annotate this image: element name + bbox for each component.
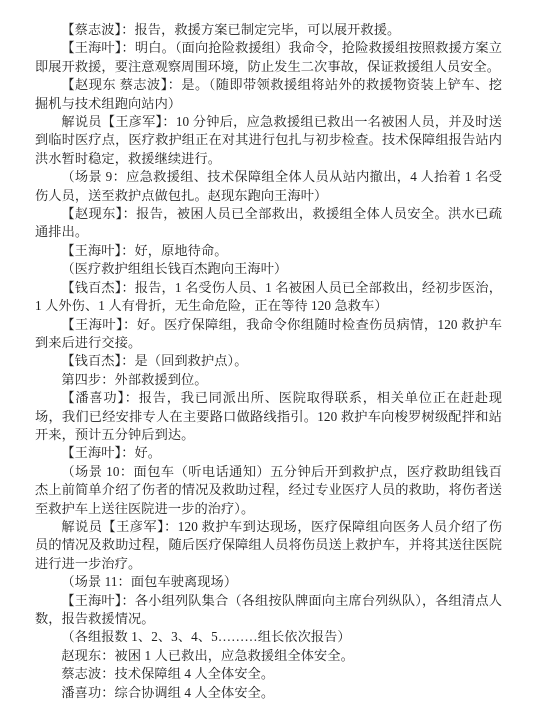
paragraph: （各组报数 1、2、3、4、5………组长依次报告） bbox=[35, 628, 502, 646]
paragraph: 【赵现东 蔡志波】：是。（随即带领救援组将站外的救援物资装上铲车、挖掘机与技术组… bbox=[35, 76, 502, 113]
paragraph: 蔡志波：技术保障组 4 人全体安全。 bbox=[35, 665, 502, 683]
paragraph: 【钱百杰】：报告，1 名受伤人员、1 名被困人员已全部救出，经初步医治，1 人外… bbox=[35, 279, 502, 316]
document-body: 【蔡志波】：报告，救援方案已制定完毕，可以展开救援。【王海叶】：明白。（面向抢险… bbox=[35, 21, 502, 702]
paragraph: 【王海叶】：明白。（面向抢险救援组）我命令，抢险救援组按照救援方案立即展开救援，… bbox=[35, 39, 502, 76]
paragraph: （医疗救护组组长钱百杰跑向王海叶） bbox=[35, 260, 502, 278]
paragraph: 【赵现东】：报告，被困人员已全部救出，救援组全体人员安全。洪水已疏通排出。 bbox=[35, 205, 502, 242]
paragraph: 第四步：外部救援到位。 bbox=[35, 371, 502, 389]
paragraph: （场景 9：应急救援组、技术保障组全体人员从站内撤出，4 人抬着 1 名受伤人员… bbox=[35, 168, 502, 205]
paragraph: （场景 10：面包车（听电话通知）五分钟后开到救护点，医疗救助组钱百杰上前简单介… bbox=[35, 463, 502, 518]
document-page: 【蔡志波】：报告，救援方案已制定完毕，可以展开救援。【王海叶】：明白。（面向抢险… bbox=[0, 0, 536, 724]
paragraph: 解说员【王彦军】：10 分钟后，应急救援组已救出一名被困人员，并及时送到临时医疗… bbox=[35, 113, 502, 168]
paragraph: 【王海叶】：好。 bbox=[35, 444, 502, 462]
paragraph: （场景 11：面包车驶离现场） bbox=[35, 573, 502, 591]
paragraph: 【王海叶】：好。医疗保障组，我命令你组随时检查伤员病情，120 救护车到来后进行… bbox=[35, 316, 502, 353]
paragraph: 【王海叶】：各小组列队集合（各组按队牌面向主席台列纵队），各组清点人数，报告救援… bbox=[35, 592, 502, 629]
paragraph: 潘喜功：综合协调组 4 人全体安全。 bbox=[35, 684, 502, 702]
paragraph: 解说员【王彦军】：120 救护车到达现场，医疗保障组向医务人员介绍了伤员的情况及… bbox=[35, 518, 502, 573]
paragraph: 赵现东：被困 1 人已救出，应急救援组全体安全。 bbox=[35, 647, 502, 665]
paragraph: 【王海叶】：好，原地待命。 bbox=[35, 242, 502, 260]
paragraph: 【蔡志波】：报告，救援方案已制定完毕，可以展开救援。 bbox=[35, 21, 502, 39]
paragraph: 【钱百杰】：是（回到救护点）。 bbox=[35, 352, 502, 370]
paragraph: 【潘喜功】：报告，我已同派出所、医院取得联系，相关单位正在赶赴现场，我们已经安排… bbox=[35, 389, 502, 444]
